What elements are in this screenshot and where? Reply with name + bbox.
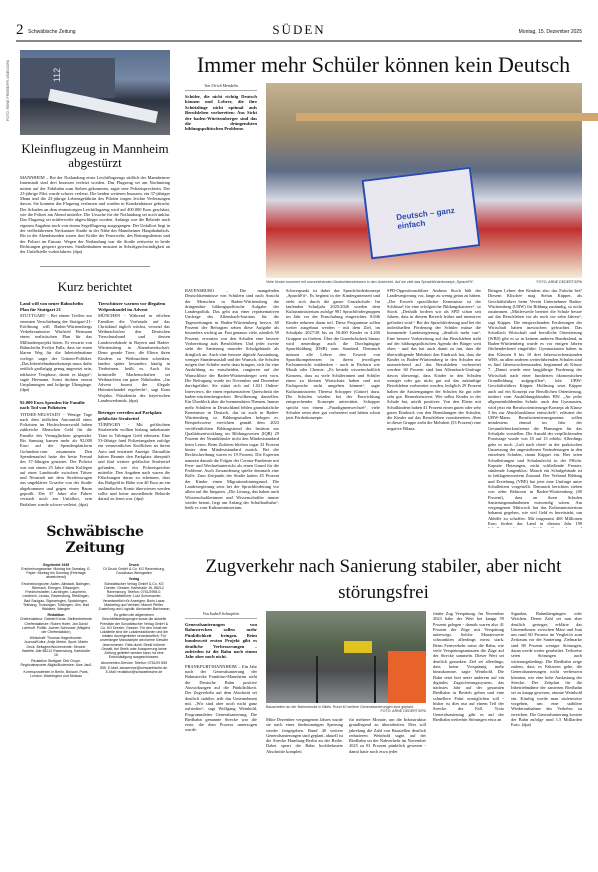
impressum-text: Schwäbischer Verlag GmbH & Co. KG Drexle… (98, 582, 169, 611)
story2-photo-block: Bauarbeiten an der Bahnstrecke in Biblis… (266, 611, 426, 754)
main-content: Immer mehr Schüler können kein Deutsch V… (185, 52, 582, 754)
schoolbook-photo: Deutsch – ganz einfach (266, 83, 582, 278)
story1-lead-column: Von Ulrich Mendelin Schüler, die nicht r… (185, 83, 257, 288)
impressum-text: Erscheinungsweise: Montag bis Samstag. E… (21, 567, 90, 579)
shelf-shape (296, 113, 598, 121)
story1-column: SPD-Oppositionsführer Andreas Stoch hält… (387, 288, 481, 528)
masthead-logo: Schwäbische Zeitung (20, 524, 170, 556)
story2: Von Isabell Scheuplein Generalsanierunge… (185, 611, 582, 754)
story2-byline: Von Isabell Scheuplein (185, 611, 257, 619)
kurz-berichtet-title: Kurz berichtet (20, 279, 170, 295)
impressum-right: Druck DI Druck GmbH & Co. KG Ravensburg,… (98, 561, 170, 678)
story1-byline: Von Ulrich Mendelin (185, 83, 257, 91)
plane-story-headline: Kleinflugzeug in Mannheim abgestürzt (20, 142, 170, 170)
story2-column: FRANKFURT/MANNHEIM – Ein Jahr nach der G… (185, 664, 257, 733)
impressum-text: Erscheinungsorte: Aalen, Albstadt, Balin… (22, 582, 91, 611)
story2-right: Bauarbeiten an der Bahnstrecke in Biblis… (266, 611, 582, 754)
railway-photo (266, 611, 426, 703)
impressum-text: Wirtschaft: Thomas Hagenbucher. Journal/… (22, 636, 90, 657)
kurz-col-2: Tierschützer warnen vor illegalem Welpen… (98, 301, 170, 513)
kurz-item-body: TITISEE-NEUSTADT - Wenige Tage nach dem … (20, 412, 92, 507)
story2-column: Mitte Dezember vergangenen Jahres wurde … (266, 717, 343, 754)
story1-top: Von Ulrich Mendelin Schüler, die nicht r… (185, 83, 582, 288)
story1-column: RAVENSBURG – Die mangelnden Deutschkennt… (185, 288, 279, 528)
photo-credit: FOTO: RENE PRIEBE/PR-VIDEO/DPA (6, 60, 10, 121)
page-header: 2 Schwäbische Zeitung SÜDEN Montag, 15. … (16, 22, 582, 42)
kurz-item: 92.000 Euro Spenden für Familie nach Tod… (20, 400, 92, 507)
impressum: Gegründet 1945 Erscheinungsweise: Montag… (20, 561, 170, 678)
section-title: SÜDEN (16, 22, 582, 38)
track-shape (316, 656, 376, 703)
story1-body-columns: RAVENSBURG – Die mangelnden Deutschkennt… (185, 288, 582, 528)
impressum-text: Redaktion Stuttgart: Dirk Grupe. Regiona… (20, 659, 91, 667)
divider (40, 266, 150, 267)
fence-shape (388, 651, 426, 703)
story1-photo-block: Deutsch – ganz einfach Viele Kinder komm… (266, 83, 582, 288)
story2-lead-column: Von Isabell Scheuplein Generalsanierunge… (185, 611, 257, 754)
kurz-item-body: MÜNCHEN - Während in etlichen Familien d… (98, 313, 170, 403)
story2-photo-credit: FOTO: ARNE DEDERT/DPA (266, 709, 426, 713)
book-title: Deutsch – ganz einfach (396, 204, 476, 231)
kurz-item-body: STUTTGART - Bei einem Treffen zur erneut… (20, 313, 92, 392)
kurz-item: Land will von neuer Bahnchefin Plan für … (20, 301, 92, 392)
story1-caption-row: Viele Kinder kommen mit unzureichenden D… (266, 280, 582, 284)
kurz-col-1: Land will von neuer Bahnchefin Plan für … (20, 301, 92, 513)
kurz-item-headline: Betrüger verteilen auf Parkplatz gefälsc… (98, 410, 170, 421)
impressum-text: Chefredakteur: Gabriel Kords. Stellvertr… (20, 617, 92, 634)
story1-column: Schwerpunkt ist dabei das Sprachförderko… (286, 288, 380, 528)
impressum-left: Gegründet 1945 Erscheinungsweise: Montag… (20, 561, 92, 678)
story2-lead: Generalsanierungen von Bahnstrecken soll… (185, 622, 257, 660)
story2-headline: Zugverkehr nach Sanierung stabiler, aber… (185, 554, 582, 606)
impressum-text: DI Druck GmbH & Co. KG Ravensburg, Druck… (103, 567, 164, 575)
impressum-text: Abonnenten-Service: Telefon: 0751/29 555… (100, 661, 168, 673)
story1-lead: Schüler, die nicht richtig Deutsch könne… (185, 94, 257, 132)
story1-photo-credit: FOTO: ARNE DEDERT/DPA (536, 280, 582, 284)
plane-crash-photo: 112 (20, 50, 170, 135)
book-shape: Deutsch – ganz einfach (362, 167, 481, 260)
excavator-shape (344, 641, 372, 653)
story2-column: für mehrere Monate, um die Infrastruktur… (349, 717, 426, 754)
kurz-item-body: TÜBINGEN - Mit gefälschten Strafzetteln … (98, 422, 170, 501)
plane-story-body: MANNHEIM – Bei der Notlandung eines Leic… (20, 175, 170, 254)
kurz-item-headline: Land will von neuer Bahnchefin Plan für … (20, 301, 92, 312)
kurz-item-headline: Tierschützer warnen vor illegalem Welpen… (98, 301, 170, 312)
kurz-item-headline: 92.000 Euro Spenden für Familie nach Tod… (20, 400, 92, 411)
story2-caption-row: Bauarbeiten an der Bahnstrecke in Biblis… (266, 705, 426, 713)
kurz-item: Tierschützer warnen vor illegalem Welpen… (98, 301, 170, 403)
story2-column: fünfte Zug Verspätung. Im November 2023 … (433, 611, 504, 754)
story1-caption: Viele Kinder kommen mit unzureichenden D… (266, 280, 474, 284)
impressum-text: Korrespondenten in Berlin, Brüssel, Pari… (24, 670, 89, 678)
story1-headline: Immer mehr Schüler können kein Deutsch (185, 52, 582, 78)
story2-column: Signalen, Bahnübergängen oder Weichen. D… (511, 611, 582, 754)
issue-date: Montag, 15. Dezember 2025 (519, 29, 582, 35)
kurz-berichtet-grid: Land will von neuer Bahnchefin Plan für … (20, 301, 170, 513)
kurz-item: Betrüger verteilen auf Parkplatz gefälsc… (98, 410, 170, 501)
impressum-text: Es gelten die allgemeinen Geschäftsbedin… (100, 613, 168, 659)
story2-sub-columns: Mitte Dezember vergangenen Jahres wurde … (266, 717, 426, 754)
story1-column: Bringen Lehrer den Kindern also das Fals… (488, 288, 582, 528)
building-sign: 112 (52, 68, 62, 82)
left-column: 112 Kleinflugzeug in Mannheim abgestürzt… (20, 50, 170, 678)
